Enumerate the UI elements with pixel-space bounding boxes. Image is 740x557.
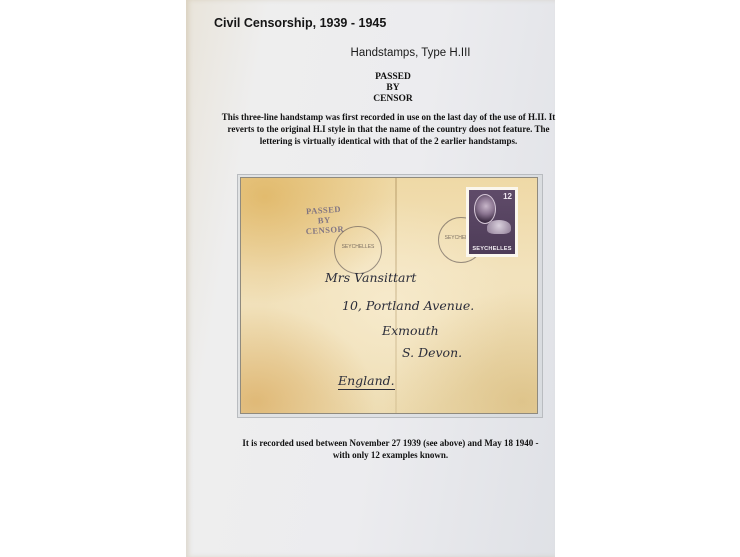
description: This three-line handstamp was first reco… xyxy=(216,111,561,147)
address-line: S. Devon. xyxy=(402,345,462,360)
envelope-cover: PASSED BY CENSOR SEYCHELLES SEYCHELLES 1… xyxy=(240,177,538,414)
handstamp-line: BY xyxy=(231,83,555,94)
censor-handstamp: PASSED BY CENSOR xyxy=(304,204,344,237)
postage-stamp: 12 SEYCHELLES xyxy=(466,187,518,257)
footer-note: It is recorded used between November 27 … xyxy=(226,437,555,461)
description-line: reverts to the original H.I style in tha… xyxy=(216,123,561,135)
address-line: England. xyxy=(338,373,395,390)
page-subtitle: Handstamps, Type H.III xyxy=(186,47,555,59)
address-line: Exmouth xyxy=(382,323,439,338)
address-line: 10, Portland Avenue. xyxy=(342,298,474,313)
section-title: Civil Censorship, 1939 - 1945 xyxy=(214,16,386,30)
handstamp-text: PASSED BY CENSOR xyxy=(186,72,555,105)
stamp-design: 12 SEYCHELLES xyxy=(469,190,515,254)
footer-line: It is recorded used between November 27 … xyxy=(226,437,555,449)
stamp-country: SEYCHELLES xyxy=(469,246,515,252)
handstamp-line: CENSOR xyxy=(231,94,555,105)
footer-line: with only 12 examples known. xyxy=(226,449,555,461)
address-line: Mrs Vansittart xyxy=(325,270,416,285)
envelope-crease xyxy=(395,178,397,413)
stamp-denomination: 12 xyxy=(503,192,512,201)
postmark-circle: SEYCHELLES xyxy=(334,226,382,274)
description-line: lettering is virtually identical with th… xyxy=(216,135,561,147)
king-portrait-icon xyxy=(474,194,496,224)
tortoise-icon xyxy=(487,220,511,234)
description-line: This three-line handstamp was first reco… xyxy=(216,111,561,123)
handstamp-line: PASSED xyxy=(231,72,555,83)
